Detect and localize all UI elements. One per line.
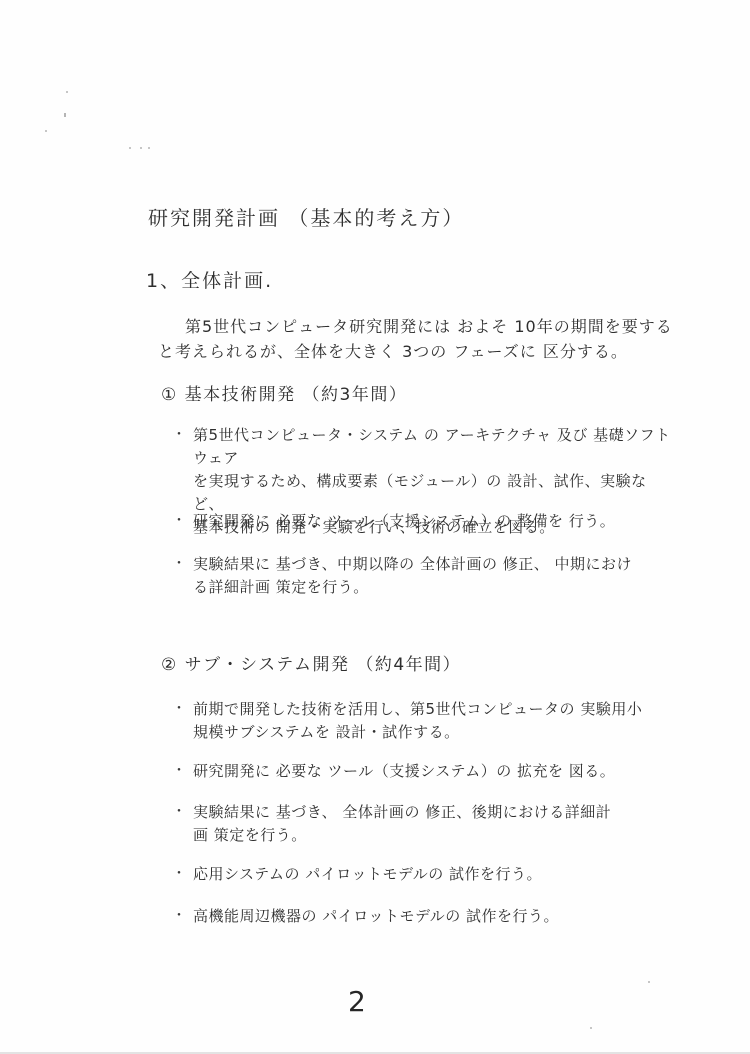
scan-speck bbox=[129, 147, 131, 149]
intro-paragraph: 第5世代コンピュータ研究開発には およそ 10年の期間を要する と考えられるが、… bbox=[158, 314, 678, 364]
list-item-text: 応用システムの パイロットモデルの 試作を行う。 bbox=[193, 865, 542, 883]
list-item: ・ 実験結果に 基づき、 全体計画の 修正、後期における詳細計 画 策定を行う。 bbox=[172, 801, 677, 847]
section-heading: 1、全体計画. bbox=[146, 266, 273, 293]
list-item-text: 前期で開発した技術を活用し、第5世代コンピュータの 実験用小 規模サブシステムを… bbox=[193, 700, 642, 741]
page-number: 2 bbox=[348, 985, 367, 1018]
list-item-text: 実験結果に 基づき、中期以降の 全体計画の 修正、 中期におけ る詳細計画 策定… bbox=[193, 555, 632, 596]
list-item-text: 実験結果に 基づき、 全体計画の 修正、後期における詳細計 画 策定を行う。 bbox=[193, 803, 611, 844]
scan-speck bbox=[140, 147, 142, 149]
scanned-document-page: 研究開発計画 （基本的考え方） 1、全体計画. 第5世代コンピュータ研究開発には… bbox=[0, 0, 750, 1054]
bullet-marker: ・ bbox=[172, 424, 187, 447]
list-item: ・ 高機能周辺機器の パイロットモデルの 試作を行う。 bbox=[172, 905, 677, 928]
list-item: ・ 応用システムの パイロットモデルの 試作を行う。 bbox=[172, 863, 677, 886]
bullet-marker: ・ bbox=[172, 801, 187, 824]
list-item: ・ 研究開発に 必要な ツール（支援システム）の 拡充を 図る。 bbox=[172, 760, 677, 783]
list-item: ・ 実験結果に 基づき、中期以降の 全体計画の 修正、 中期におけ る詳細計画 … bbox=[172, 553, 677, 599]
list-item: ・ 研究開発に 必要な ツール（支援システム）の 整備を 行う。 bbox=[172, 510, 677, 533]
bullet-marker: ・ bbox=[172, 698, 187, 721]
phase-1-heading: ① 基本技術開発 （約3年間） bbox=[161, 380, 407, 405]
bullet-marker: ・ bbox=[172, 760, 187, 783]
bullet-marker: ・ bbox=[172, 905, 187, 928]
scan-speck bbox=[590, 1027, 592, 1029]
list-item-text: 研究開発に 必要な ツール（支援システム）の 拡充を 図る。 bbox=[193, 762, 615, 780]
bullet-marker: ・ bbox=[172, 553, 187, 576]
list-item: ・ 前期で開発した技術を活用し、第5世代コンピュータの 実験用小 規模サブシステ… bbox=[172, 698, 677, 744]
page-title: 研究開発計画 （基本的考え方） bbox=[148, 202, 464, 231]
list-item-text: 高機能周辺機器の パイロットモデルの 試作を行う。 bbox=[193, 907, 559, 925]
scan-speck bbox=[64, 113, 66, 117]
bullet-marker: ・ bbox=[172, 863, 187, 886]
scan-speck bbox=[648, 981, 650, 983]
bullet-marker: ・ bbox=[172, 510, 187, 533]
scan-speck bbox=[148, 147, 150, 149]
scan-speck bbox=[66, 91, 68, 93]
scan-speck bbox=[45, 130, 47, 132]
phase-2-heading: ② サブ・システム開発 （約4年間） bbox=[161, 650, 461, 675]
list-item-text: 研究開発に 必要な ツール（支援システム）の 整備を 行う。 bbox=[193, 512, 615, 530]
